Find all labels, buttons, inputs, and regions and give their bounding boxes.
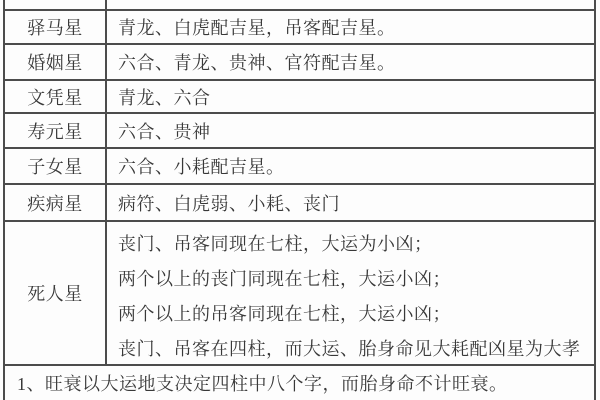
table-row-wenping: 文凭星 青龙、六合	[5, 79, 594, 112]
table-row-footer-note: 1、旺衰以大运地支决定四柱中八个字，而胎身命不计旺衰。	[5, 364, 594, 400]
row-content: 青龙、白虎配吉星，吊客配吉星。	[107, 11, 594, 43]
content-line: 两个以上的吊客同现在七柱，大运小凶；	[118, 297, 451, 332]
row-content: 六合、小耗配吉星。	[107, 149, 594, 183]
table-row-yima: 驿马星 青龙、白虎配吉星，吊客配吉星。	[5, 9, 594, 43]
table-row-shouyuan: 寿元星 六合、贵神	[5, 112, 594, 147]
row-label: 婚姻星	[5, 45, 107, 79]
row-content: 病符、白虎弱、小耗、丧门	[107, 185, 594, 220]
star-table: 驿马星 青龙、白虎配吉星，吊客配吉星。 婚姻星 六合、青龙、贵神、官符配吉星。 …	[3, 0, 596, 400]
content-line: 两个以上的丧门同现在七柱，大运小凶；	[118, 262, 451, 297]
row-label: 文凭星	[5, 81, 107, 112]
row-label: 疾病星	[5, 185, 107, 220]
content-line: 丧门、吊客在四柱，而大运、胎身命见大耗配凶星为大孝	[118, 332, 581, 364]
table-row-siren: 死人星 丧门、吊客同现在七柱，大运为小凶； 两个以上的丧门同现在七柱，大运小凶；…	[5, 220, 594, 364]
row-content: 青龙、六合	[107, 81, 594, 112]
row-label: 驿马星	[5, 11, 107, 43]
content-line: 丧门、吊客同现在七柱，大运为小凶；	[118, 227, 433, 262]
table-row-hunyin: 婚姻星 六合、青龙、贵神、官符配吉星。	[5, 43, 594, 79]
table-row-cutoff	[5, 0, 594, 9]
row-label: 寿元星	[5, 114, 107, 147]
row-label: 死人星	[5, 222, 107, 364]
table-row-jibing: 疾病星 病符、白虎弱、小耗、丧门	[5, 183, 594, 220]
row-label: 子女星	[5, 149, 107, 183]
cutoff-content-cell	[107, 0, 594, 9]
cutoff-label-cell	[5, 0, 107, 9]
row-content: 六合、贵神	[107, 114, 594, 147]
row-content-multiline: 丧门、吊客同现在七柱，大运为小凶； 两个以上的丧门同现在七柱，大运小凶； 两个以…	[107, 222, 594, 364]
document-page: 驿马星 青龙、白虎配吉星，吊客配吉星。 婚姻星 六合、青龙、贵神、官符配吉星。 …	[0, 0, 600, 400]
table-row-zinv: 子女星 六合、小耗配吉星。	[5, 147, 594, 183]
footer-note: 1、旺衰以大运地支决定四柱中八个字，而胎身命不计旺衰。	[5, 366, 594, 400]
row-content: 六合、青龙、贵神、官符配吉星。	[107, 45, 594, 79]
